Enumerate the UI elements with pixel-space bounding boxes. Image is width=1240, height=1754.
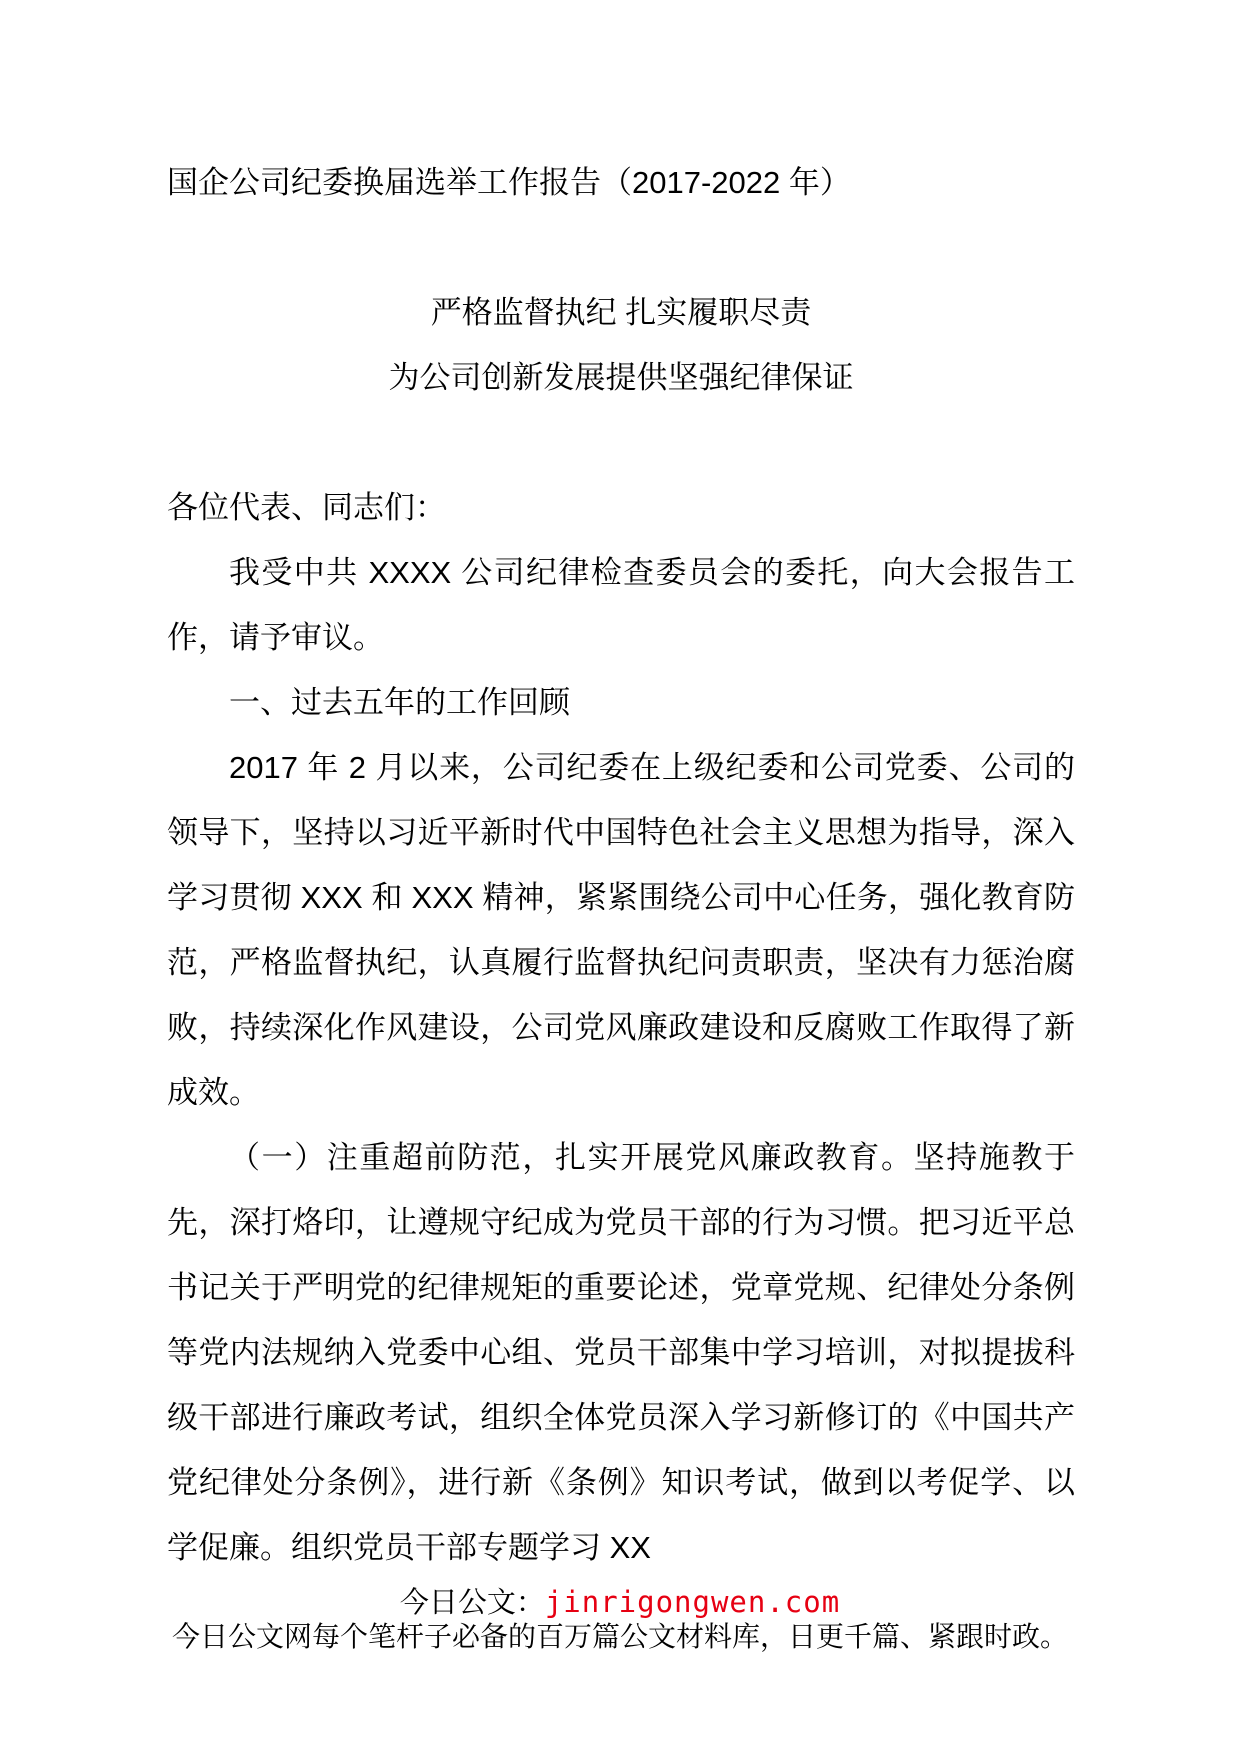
paragraph-review: 2017 年 2 月以来，公司纪委在上级纪委和公司党委、公司的领导下，坚持以习近… xyxy=(167,735,1075,1125)
footer-tagline: 今日公文网每个笔杆子必备的百万篇公文材料库，日更千篇、紧跟时政。 xyxy=(0,1620,1240,1654)
footer-brand-label: 今日公文： xyxy=(400,1587,545,1619)
page-footer: 今日公文：jinrigongwen.com 今日公文网每个笔杆子必备的百万篇公文… xyxy=(0,1585,1240,1654)
subtitle-line-2: 为公司创新发展提供坚强纪律保证 xyxy=(167,345,1075,410)
salutation: 各位代表、同志们： xyxy=(167,475,1075,540)
document-body: 国企公司纪委换届选举工作报告（2017-2022 年） 严格监督执纪 扎实履职尽… xyxy=(0,0,1240,1580)
subtitle-line-1: 严格监督执纪 扎实履职尽责 xyxy=(167,280,1075,345)
footer-site-line: 今日公文：jinrigongwen.com xyxy=(0,1585,1240,1620)
blank-line xyxy=(167,215,1075,280)
paragraph-section-heading: 一、过去五年的工作回顾 xyxy=(167,670,1075,735)
blank-line xyxy=(167,410,1075,475)
document-title: 国企公司纪委换届选举工作报告（2017-2022 年） xyxy=(167,150,1075,215)
paragraph-education: （一）注重超前防范，扎实开展党风廉政教育。坚持施教于先，深打烙印，让遵规守纪成为… xyxy=(167,1125,1075,1580)
footer-site-link[interactable]: jinrigongwen.com xyxy=(545,1585,840,1619)
paragraph-opening: 我受中共 XXXX 公司纪律检查委员会的委托，向大会报告工作，请予审议。 xyxy=(167,540,1075,670)
document-page: 国企公司纪委换届选举工作报告（2017-2022 年） 严格监督执纪 扎实履职尽… xyxy=(0,0,1240,1754)
